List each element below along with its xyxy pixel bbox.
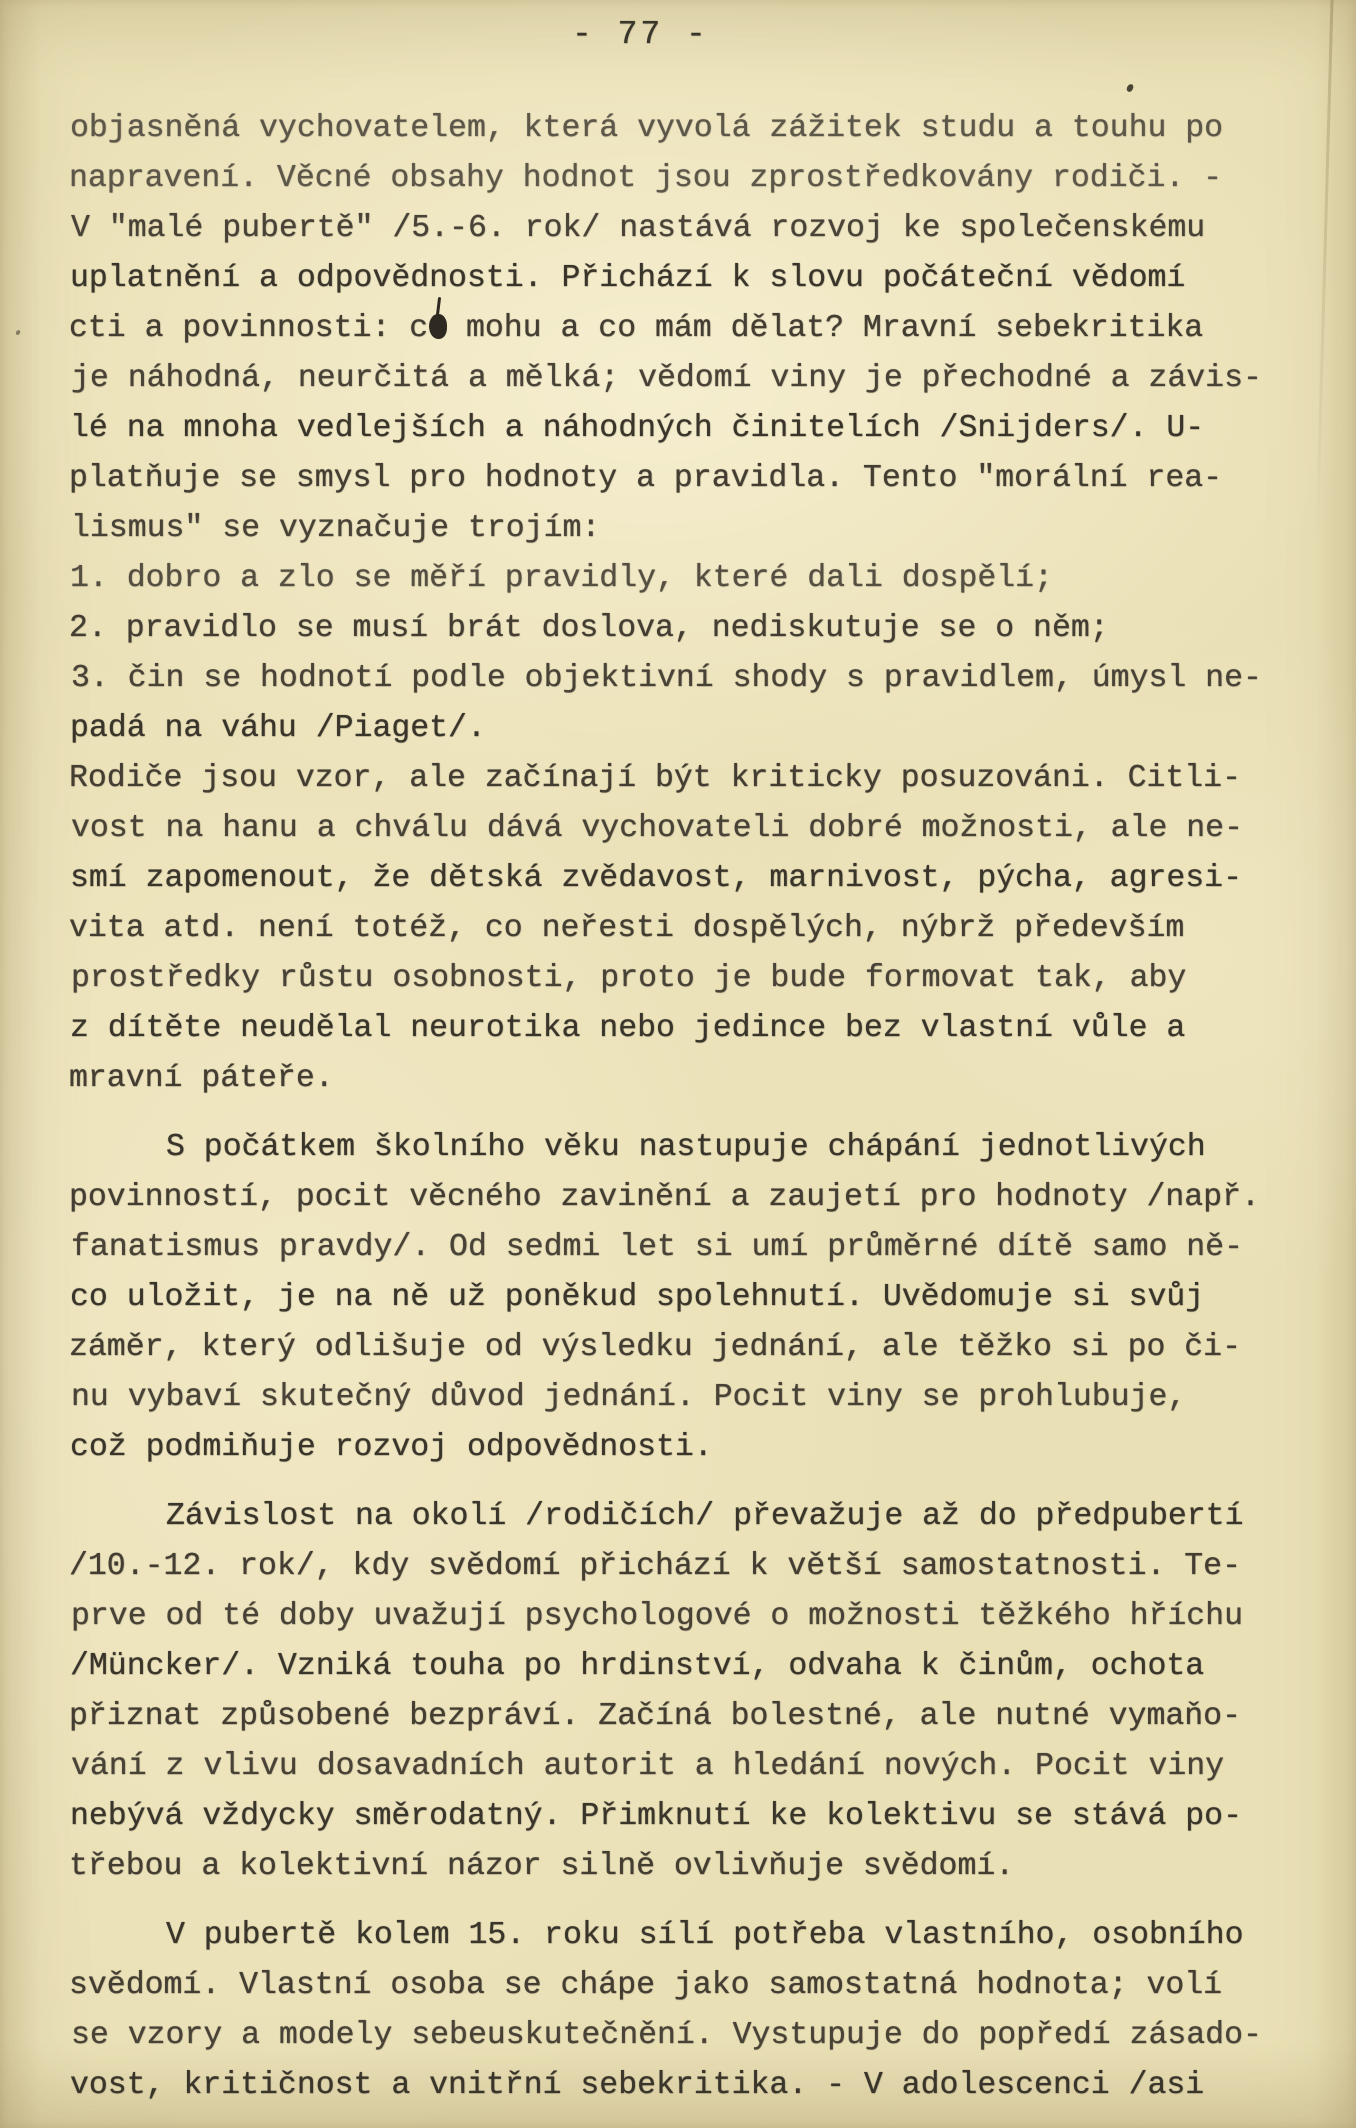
text-line: 3. čin se hodnotí podle objektivní shody…: [71, 654, 1311, 704]
text-line: se vzory a modely sebeuskutečnění. Vystu…: [71, 2011, 1311, 2061]
text-line: fanatismus pravdy/. Od sedmi let si umí …: [71, 1223, 1311, 1273]
paragraph: V pubertě kolem 15. roku sílí potřeba vl…: [70, 1911, 1310, 2111]
text-line: /10.-12. rok/, kdy svědomí přichází k vě…: [69, 1542, 1309, 1592]
text-line: prostředky růstu osobnosti, proto je bud…: [71, 954, 1311, 1004]
text-line: lé na mnoha vedlejších a náhodných činit…: [70, 404, 1310, 454]
text-line: /Müncker/. Vzniká touha po hrdinství, od…: [70, 1642, 1310, 1692]
paragraph: S počátkem školního věku nastupuje chápá…: [70, 1123, 1310, 1473]
text-line: Závislost na okolí /rodičích/ převažuje …: [70, 1492, 1310, 1542]
paper-crease: [1315, 0, 1333, 540]
text-line: vita atd. není totéž, co neřesti dospělý…: [69, 904, 1309, 954]
text-line: přiznat způsobené bezpráví. Začíná boles…: [69, 1692, 1309, 1742]
text-line: 1. dobro a zlo se měří pravidly, které d…: [70, 554, 1310, 604]
document-body: objasněná vychovatelem, která vyvolá záž…: [70, 104, 1310, 2111]
text-line: což podmiňuje rozvoj odpovědnosti.: [70, 1423, 1310, 1473]
text-line: mravní páteře.: [69, 1054, 1309, 1104]
ink-blot: [429, 314, 447, 339]
paragraph: objasněná vychovatelem, která vyvolá záž…: [70, 104, 1310, 1104]
text-line: V pubertě kolem 15. roku sílí potřeba vl…: [70, 1911, 1310, 1961]
text-line: je náhodná, neurčitá a mělká; vědomí vin…: [71, 354, 1311, 404]
text-line: vost, kritičnost a vnitřní sebekritika. …: [70, 2061, 1310, 2111]
ink-speck: [1126, 83, 1134, 92]
text-line: uplatnění a odpovědnosti. Přichází k slo…: [70, 254, 1310, 304]
text-line: lismus" se vyznačuje trojím:: [71, 504, 1311, 554]
text-line: třebou a kolektivní názor silně ovlivňuj…: [69, 1842, 1309, 1892]
text-line: svědomí. Vlastní osoba se chápe jako sam…: [69, 1961, 1309, 2011]
text-line: nu vybaví skutečný důvod jednání. Pocit …: [71, 1373, 1311, 1423]
text-line: objasněná vychovatelem, která vyvolá záž…: [70, 104, 1310, 154]
text-line: cti a povinnosti: co mohu a co mám dělat…: [69, 304, 1309, 354]
scanned-page: - 77 - objasněná vychovatelem, která vyv…: [0, 0, 1356, 2128]
text-line: S počátkem školního věku nastupuje chápá…: [70, 1123, 1310, 1173]
text-line: vání z vlivu dosavadních autorit a hledá…: [71, 1742, 1311, 1792]
text-line: z dítěte neudělal neurotika nebo jedince…: [70, 1004, 1310, 1054]
text-line: vost na hanu a chválu dává vychovateli d…: [71, 804, 1311, 854]
text-line: napravení. Věcné obsahy hodnot jsou zpro…: [69, 154, 1309, 204]
text-line: padá na váhu /Piaget/.: [70, 704, 1310, 754]
text-line: V "malé pubertě" /5.-6. rok/ nastává roz…: [71, 204, 1311, 254]
text-line: Rodiče jsou vzor, ale začínají být kriti…: [69, 754, 1309, 804]
text-line: prve od té doby uvažují psychologové o m…: [71, 1592, 1311, 1642]
text-line: nebývá vždycky směrodatný. Přimknutí ke …: [70, 1792, 1310, 1842]
text-line: smí zapomenout, že dětská zvědavost, mar…: [70, 854, 1310, 904]
text-line: 2. pravidlo se musí brát doslova, nedisk…: [69, 604, 1309, 654]
text-line: co uložit, je na ně už poněkud spolehnut…: [70, 1273, 1310, 1323]
paragraph: Závislost na okolí /rodičích/ převažuje …: [70, 1492, 1310, 1892]
text-line: záměr, který odlišuje od výsledku jednán…: [69, 1323, 1309, 1373]
text-line: platňuje se smysl pro hodnoty a pravidla…: [69, 454, 1309, 504]
ink-speck: [15, 330, 20, 336]
text-line: povinností, pocit věcného zavinění a zau…: [69, 1173, 1309, 1223]
page-number: - 77 -: [572, 16, 709, 53]
